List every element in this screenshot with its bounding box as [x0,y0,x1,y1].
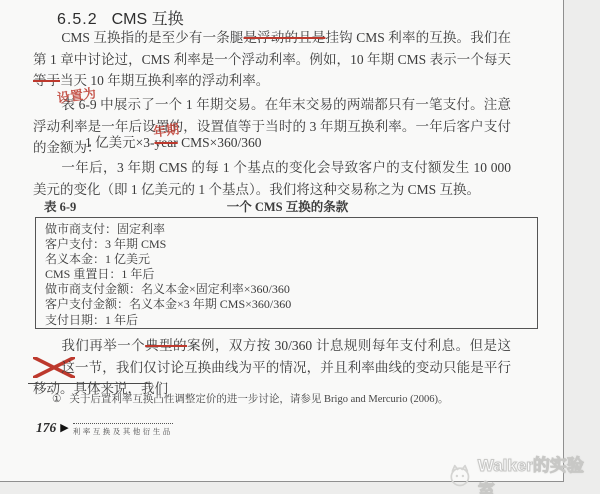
running-footer-title: 利率互换及其他衍生品 [73,423,173,437]
table-row: CMS 重置日：1 年后 [45,267,537,282]
page-right-margin [564,0,600,494]
table-header: 表 6-9 一个 CMS 互换的条款 [35,197,540,215]
footnote-text: 关于后置利率互换凸性调整定价的进一步讨论，请参见 Brigo and Mercu… [69,394,448,405]
red-x-deletion-mark: 这 [33,357,75,379]
paragraph-4-text: 案例，双方按 30/360 计息规则每年支付利息。但是这 [187,338,511,353]
redline-strikethrough: 是浮动的且是 [244,30,326,45]
table-row: 客户支付：3 年期 CMS [45,237,537,252]
page-right-border [563,0,564,482]
section-number: 6.5.2 [57,11,98,28]
watermark: Walker的实验室 [447,451,600,494]
section-title: CMS 互换 [112,11,184,28]
page-number: 176 [36,420,56,436]
table-row: 客户支付金额：名义本金×3 年期 CMS×360/360 [45,297,537,312]
table-row: 名义本金：1 亿美元 [45,252,537,267]
paragraph-4-text: 我们再举一个 [61,338,145,353]
table-row: 做市商支付：固定利率 [45,222,537,237]
footnote-marker: ① [52,394,61,405]
redline-strikethrough: 等于设置为 [33,73,60,88]
cms-swap-terms-table: 做市商支付：固定利率 客户支付：3 年期 CMS 名义本金：1 亿美元 CMS … [35,217,538,329]
table-label: 表 6-9 [44,197,76,215]
paragraph-4-text: 一节，我们仅讨论互换曲线为平的情况，并且利率曲线的变动只能是平行移动。具体来说，… [33,360,511,397]
formula-text: 1 亿美元×3- [85,135,154,150]
table-row: 支付日期：1 年后 [45,313,537,328]
redline-strikethrough: year年期 [154,135,177,150]
paragraph-1-text: CMS 互换指的是至少有一条腿 [61,30,243,45]
redline-strikethrough: 典型的 [145,338,187,353]
table-row: 做市商支付金额：名义本金×固定利率×360/360 [45,282,537,297]
watermark-text: Walker的实验室 [478,451,600,494]
book-page: 6.5.2CMS 互换 CMS 互换指的是至少有一条腿是浮动的且是挂钩 CMS … [0,0,600,494]
footnote-separator [28,383,151,384]
paragraph-3-text: 一年后，3 年期 CMS 的每 1 个基点的变化会导致客户的支付额发生 10 0… [33,160,511,197]
walker-lab-logo-icon [447,463,473,489]
triangle-right-icon: ▶ [60,421,68,434]
paragraph-3: 一年后，3 年期 CMS 的每 1 个基点的变化会导致客户的支付额发生 10 0… [33,157,511,200]
payment-formula: 1 亿美元×3-year年期 CMS×360/360 [85,131,261,151]
table-title: 一个 CMS 互换的条款 [35,197,540,215]
paragraph-1: CMS 互换指的是至少有一条腿是浮动的且是挂钩 CMS 利率的互换。我们在第 1… [33,27,511,92]
section-heading: 6.5.2CMS 互换 [57,6,184,29]
page-footer: 176 ▶ 利率互换及其他衍生品 [36,420,173,437]
footnote: ①关于后置利率互换凸性调整定价的进一步讨论，请参见 Brigo and Merc… [52,392,512,407]
paragraph-4: 我们再举一个典型的案例，双方按 30/360 计息规则每年支付利息。但是这这一节… [33,335,511,400]
formula-text: CMS×360/360 [178,135,262,150]
handwritten-correction: 年期 [152,118,180,140]
struck-word: 等于 [33,73,60,88]
